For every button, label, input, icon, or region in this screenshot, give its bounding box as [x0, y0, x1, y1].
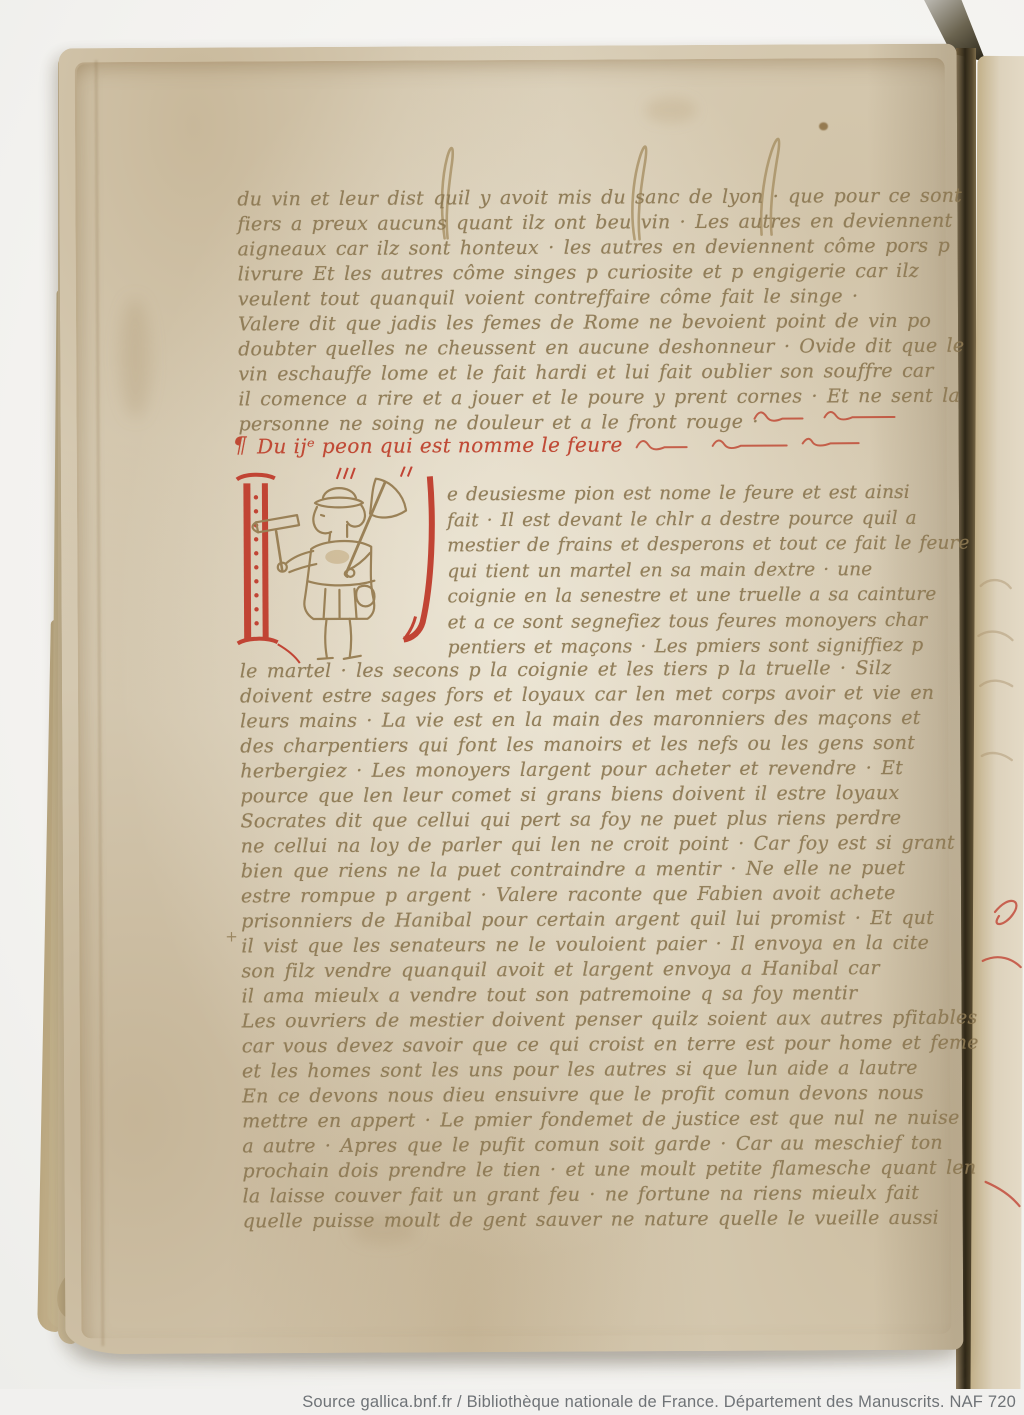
parchment-stain — [819, 122, 828, 130]
facing-page-edge — [971, 56, 1024, 1390]
manuscript-text-line: Socrates dit que cellui qui pert sa foy … — [241, 806, 941, 835]
manuscript-text-line: mettre en appert · Le pmier fondemet de … — [242, 1106, 942, 1135]
manuscript-text-line: quelle puisse moult de gent sauver ne na… — [243, 1206, 943, 1235]
text-block-body: le martel · les secons p la coignie et l… — [240, 656, 943, 1235]
manuscript-text-line: la laisse couver fait un grant feu · ne … — [243, 1181, 943, 1210]
manuscript-text-line: aigneaux car ilz sont honteux · les autr… — [238, 234, 938, 263]
manuscript-text-line: Les ouvriers de mestier doivent penser q… — [242, 1006, 942, 1035]
manuscript-text-line: veulent tout quanquil voient contreffair… — [238, 284, 938, 313]
manuscript-text-line: des charpentiers qui font les manoirs et… — [240, 731, 940, 760]
manuscript-text-line: et les homes sont les uns pour les autre… — [242, 1056, 942, 1085]
manuscript-text-line: il ama mieulx a vendre tout son patremoi… — [241, 981, 941, 1010]
rubric-text: Du ijᵉ peon qui est nomme le feure — [257, 432, 623, 458]
manuscript-text-line: ne cellui na loy de parler qui len ne cr… — [241, 831, 941, 860]
initial-L-red-strokes — [237, 466, 433, 663]
manuscript-text-line: mestier de frains et desperons et tout c… — [447, 531, 939, 559]
manuscript-text-line: doivent estre sages fors et loyaux car l… — [240, 681, 940, 710]
initial-L-dots — [254, 495, 259, 625]
margin-cross-mark: + — [225, 927, 238, 945]
manuscript-text-line: a autre · Apres que le pufit comun soit … — [242, 1131, 942, 1160]
manuscript-text-line: fait · Il est devant le chlr a destre po… — [447, 505, 939, 533]
chapter-rubric: ¶ Du ijᵉ peon qui est nomme le feure — [233, 430, 863, 458]
manuscript-text-line: bien que riens ne la puet contraindre a … — [241, 856, 941, 885]
red-line-filler-icon — [750, 406, 920, 425]
manuscript-text-line: doubter quelles ne cheussent en aucune d… — [238, 334, 938, 363]
manuscript-text-line: herbergiez · Les monoyers largent pour a… — [240, 756, 940, 785]
manuscript-text-line: et a ce sont segnefiez tous feures monoy… — [448, 607, 940, 635]
manuscript-text-line: e deusiesme pion est nome le feure et es… — [447, 480, 939, 508]
manuscript-text-line: livrure Et les autres côme singes p curi… — [238, 259, 938, 288]
smith-figure-drawing — [252, 479, 406, 660]
facing-page-marks — [971, 56, 1024, 1390]
manuscript-text-line: le martel · les secons p la coignie et l… — [240, 656, 940, 685]
manuscript-text-line: coignie en la senestre et une truelle a … — [447, 582, 939, 610]
manuscript-text-line: du vin et leur dist quil y avoit mis du … — [237, 184, 937, 213]
text-block-top: du vin et leur dist quil y avoit mis du … — [237, 184, 938, 438]
parchment-stain — [120, 298, 151, 418]
source-attribution: Source gallica.bnf.fr / Bibliothèque nat… — [302, 1393, 1016, 1412]
manuscript-text-line: qui tient un martel en sa main dextre · … — [447, 556, 939, 584]
manuscript-text-line: son filz vendre quanquil avoit et largen… — [241, 956, 941, 985]
initial-letter-miniature — [233, 466, 446, 667]
manuscript-text-line: estre rompue p argent · Valere raconte q… — [241, 881, 941, 910]
manuscript-text-line: leurs mains · La vie est en la main des … — [240, 706, 940, 735]
gallica-source-bar: Source gallica.bnf.fr / Bibliothèque nat… — [0, 1389, 1024, 1415]
manuscript-text-line: En ce devons nous dieu ensuivre que le p… — [242, 1081, 942, 1110]
text-block-beside-miniature: e deusiesme pion est nome le feure et es… — [447, 480, 940, 661]
manuscript-text-line: pource que len leur comet si grans biens… — [240, 781, 940, 810]
manuscript-text-line: prochain dois prendre le tien · et une m… — [242, 1156, 942, 1185]
manuscript-text-line: fiers a preux aucuns quant ilz ont beu v… — [237, 209, 937, 238]
manuscript-text-line: il vist que les senateurs ne le vouloien… — [241, 931, 941, 960]
manuscript-text-line: car vous devez savoir que ce qui croist … — [242, 1031, 942, 1060]
manuscript-page: du vin et leur dist quil y avoit mis du … — [59, 44, 964, 1355]
manuscript-text-line: prisonniers de Hanibal pour certain arge… — [241, 906, 941, 935]
manuscript-text-line: vin eschauffe lome et le fait hardi et l… — [238, 359, 938, 388]
manuscript-text-line: Valere dit que jadis les femes de Rome n… — [238, 309, 938, 338]
red-line-filler-icon — [633, 434, 863, 453]
miniature-shading — [325, 550, 349, 564]
paraph-mark: ¶ — [233, 433, 248, 458]
